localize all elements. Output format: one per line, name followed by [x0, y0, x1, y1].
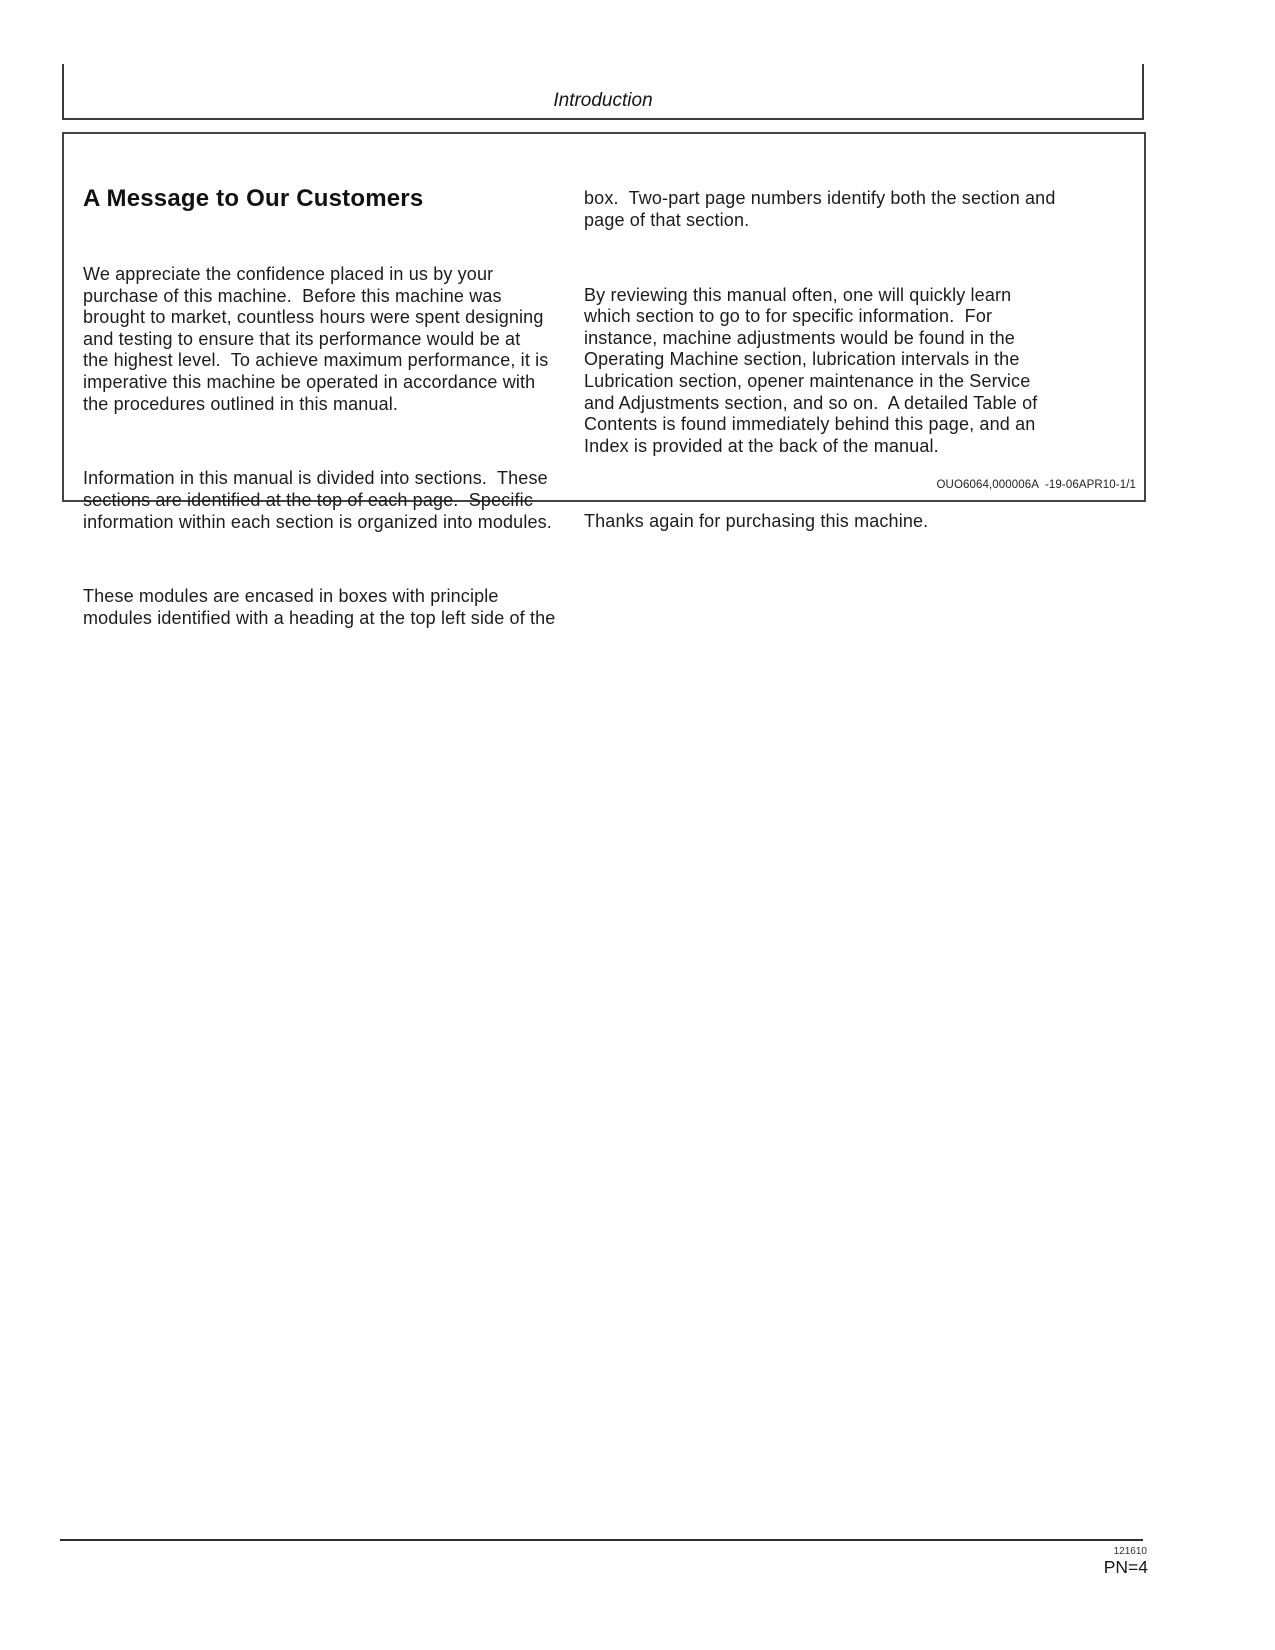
body-paragraph: box. Two-part page numbers identify both…	[584, 188, 1085, 231]
body-paragraph: We appreciate the confidence placed in u…	[83, 264, 584, 415]
manual-page: Introduction A Message to Our Customers …	[0, 0, 1275, 1650]
body-paragraph: Thanks again for purchasing this machine…	[584, 511, 1085, 533]
body-paragraph: Information in this manual is divided in…	[83, 468, 584, 533]
module-heading: A Message to Our Customers	[83, 188, 584, 210]
footer-print-code: 121610	[1114, 1546, 1147, 1557]
message-module-box: A Message to Our Customers We appreciate…	[62, 132, 1146, 502]
right-column: box. Two-part page numbers identify both…	[584, 145, 1085, 683]
two-column-layout: A Message to Our Customers We appreciate…	[83, 145, 1144, 683]
body-paragraph: By reviewing this manual often, one will…	[584, 285, 1085, 458]
body-paragraph: These modules are encased in boxes with …	[83, 586, 584, 629]
section-header-band: Introduction	[62, 64, 1144, 120]
section-header-title: Introduction	[553, 91, 652, 118]
footer-rule	[60, 1539, 1143, 1541]
footer-page-number: PN=4	[1104, 1557, 1148, 1578]
left-column: A Message to Our Customers We appreciate…	[83, 145, 584, 683]
document-reference-code: OUO6064,000006A -19-06APR10-1/1	[937, 479, 1136, 491]
